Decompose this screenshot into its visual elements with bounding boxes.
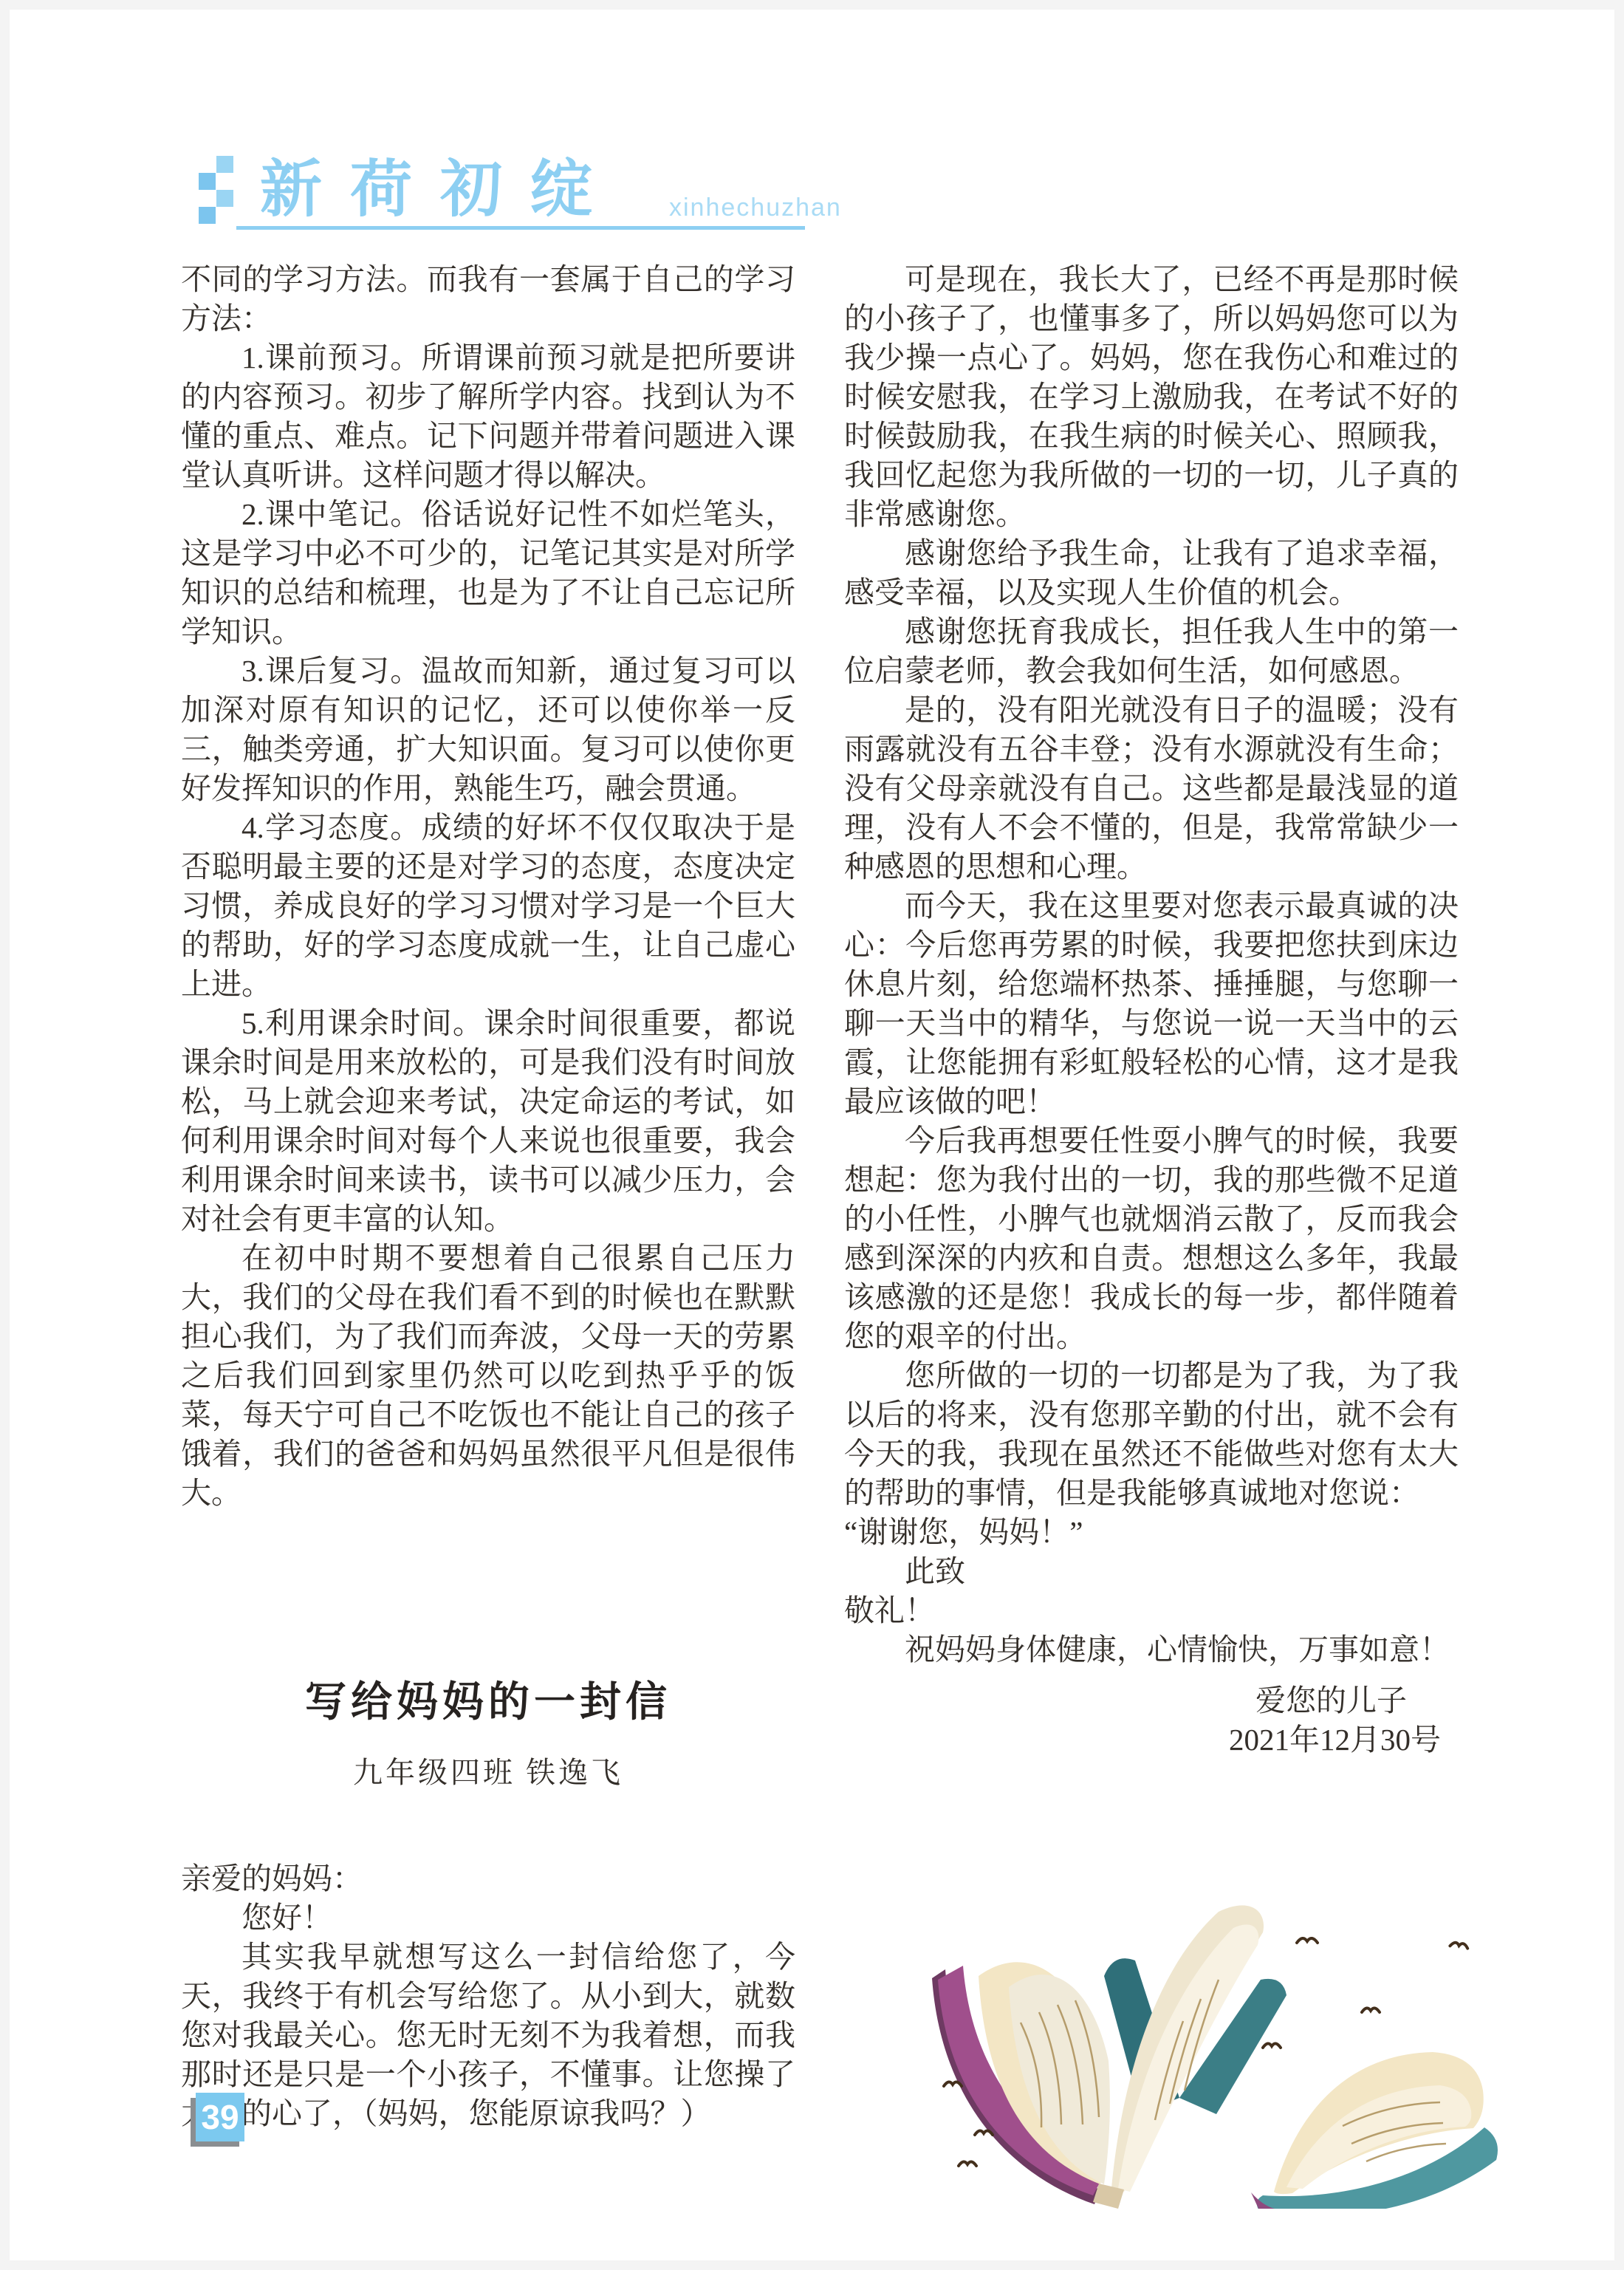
logo-square-icon [199, 207, 216, 224]
paragraph: 5.利用课余时间。课余时间很重要，都说课余时间是用来放松的，可是我们没有时间放松… [181, 1004, 795, 1239]
paragraph: “谢谢您，妈妈！” [844, 1513, 1459, 1552]
paragraph: 今后我再想要任性耍小脾气的时候，我要想起：您为我付出的一切，我的那些微不足道的小… [844, 1121, 1459, 1356]
logo-title: 新荷初绽 [260, 155, 620, 223]
right-column-paragraphs: 可是现在，我长大了，已经不再是那时候的小孩子了，也懂事多了，所以妈妈您可以为我少… [844, 260, 1459, 1669]
letter-salutation: 亲爱的妈妈： [181, 1859, 795, 1898]
logo-square-icon [216, 190, 233, 207]
right-column: 可是现在，我长大了，已经不再是那时候的小孩子了，也懂事多了，所以妈妈您可以为我少… [844, 260, 1459, 1760]
closing-signature: 爱您的儿子 [844, 1681, 1459, 1720]
article-title: 写给妈妈的一封信 [181, 1669, 795, 1729]
paragraph: 3.课后复习。温故而知新，通过复习可以加深对原有知识的记忆，还可以使你举一反三，… [181, 652, 795, 808]
paragraph: 不同的学习方法。而我有一套属于自己的学习方法： [181, 260, 795, 338]
letter-paragraphs: 您好！其实我早就想写这么一封信给您了，今天，我终于有机会写给您了。从小到大，就数… [181, 1898, 795, 2133]
paragraph: 4.学习态度。成绩的好坏不仅仅取决于是否聪明最主要的还是对学习的态度，态度决定习… [181, 808, 795, 1004]
paragraph: 祝妈妈身体健康，心情愉快，万事如意！ [844, 1630, 1459, 1669]
logo-square-icon [199, 173, 216, 190]
flying-books-with-birds-illustration [849, 1876, 1514, 2209]
paragraph: 您所做的一切的一切都是为了我，为了我以后的将来，没有您那辛勤的付出，就不会有今天… [844, 1356, 1459, 1513]
paragraph: 可是现在，我长大了，已经不再是那时候的小孩子了，也懂事多了，所以妈妈您可以为我少… [844, 260, 1459, 534]
paragraph: 您好！ [181, 1898, 795, 1938]
paragraph: 其实我早就想写这么一封信给您了，今天，我终于有机会写给您了。从小到大，就数您对我… [181, 1938, 795, 2133]
paragraph: 感谢您抚育我成长，担任我人生中的第一位启蒙老师，教会我如何生活，如何感恩。 [844, 612, 1459, 691]
paragraph: 2.课中笔记。俗话说好记性不如烂笔头，这是学习中必不可少的，记笔记其实是对所学知… [181, 495, 795, 652]
paragraph: 敬礼！ [844, 1591, 1459, 1630]
page-number-badge: 39 [196, 2093, 244, 2141]
paragraph: 在初中时期不要想着自己很累自己压力大，我们的父母在我们看不到的时候也在默默担心我… [181, 1239, 795, 1513]
logo-subtitle: xinhechuzhan [669, 194, 842, 222]
paragraph: 1.课前预习。所谓课前预习就是把所要讲的内容预习。初步了解所学内容。找到认为不懂… [181, 338, 795, 495]
logo-square-icon [216, 156, 233, 173]
article-byline: 九年级四班 铁逸飞 [181, 1749, 795, 1791]
paragraph: 感谢您给予我生命，让我有了追求幸福，感受幸福，以及实现人生价值的机会。 [844, 534, 1459, 612]
paragraph: 此致 [844, 1552, 1459, 1591]
left-column: 不同的学习方法。而我有一套属于自己的学习方法：1.课前预习。所谓课前预习就是把所… [181, 260, 795, 2133]
magazine-page: 新荷初绽 xinhechuzhan 不同的学习方法。而我有一套属于自己的学习方法… [0, 0, 1624, 2270]
header-underline [236, 226, 805, 230]
paragraph: 是的，没有阳光就没有日子的温暖；没有雨露就没有五谷丰登；没有水源就没有生命；没有… [844, 691, 1459, 886]
left-column-paragraphs: 不同的学习方法。而我有一套属于自己的学习方法：1.课前预习。所谓课前预习就是把所… [181, 260, 795, 1513]
closing-date: 2021年12月30号 [844, 1720, 1459, 1760]
paragraph: 而今天，我在这里要对您表示最真诚的决心：今后您再劳累的时候，我要把您扶到床边休息… [844, 886, 1459, 1121]
